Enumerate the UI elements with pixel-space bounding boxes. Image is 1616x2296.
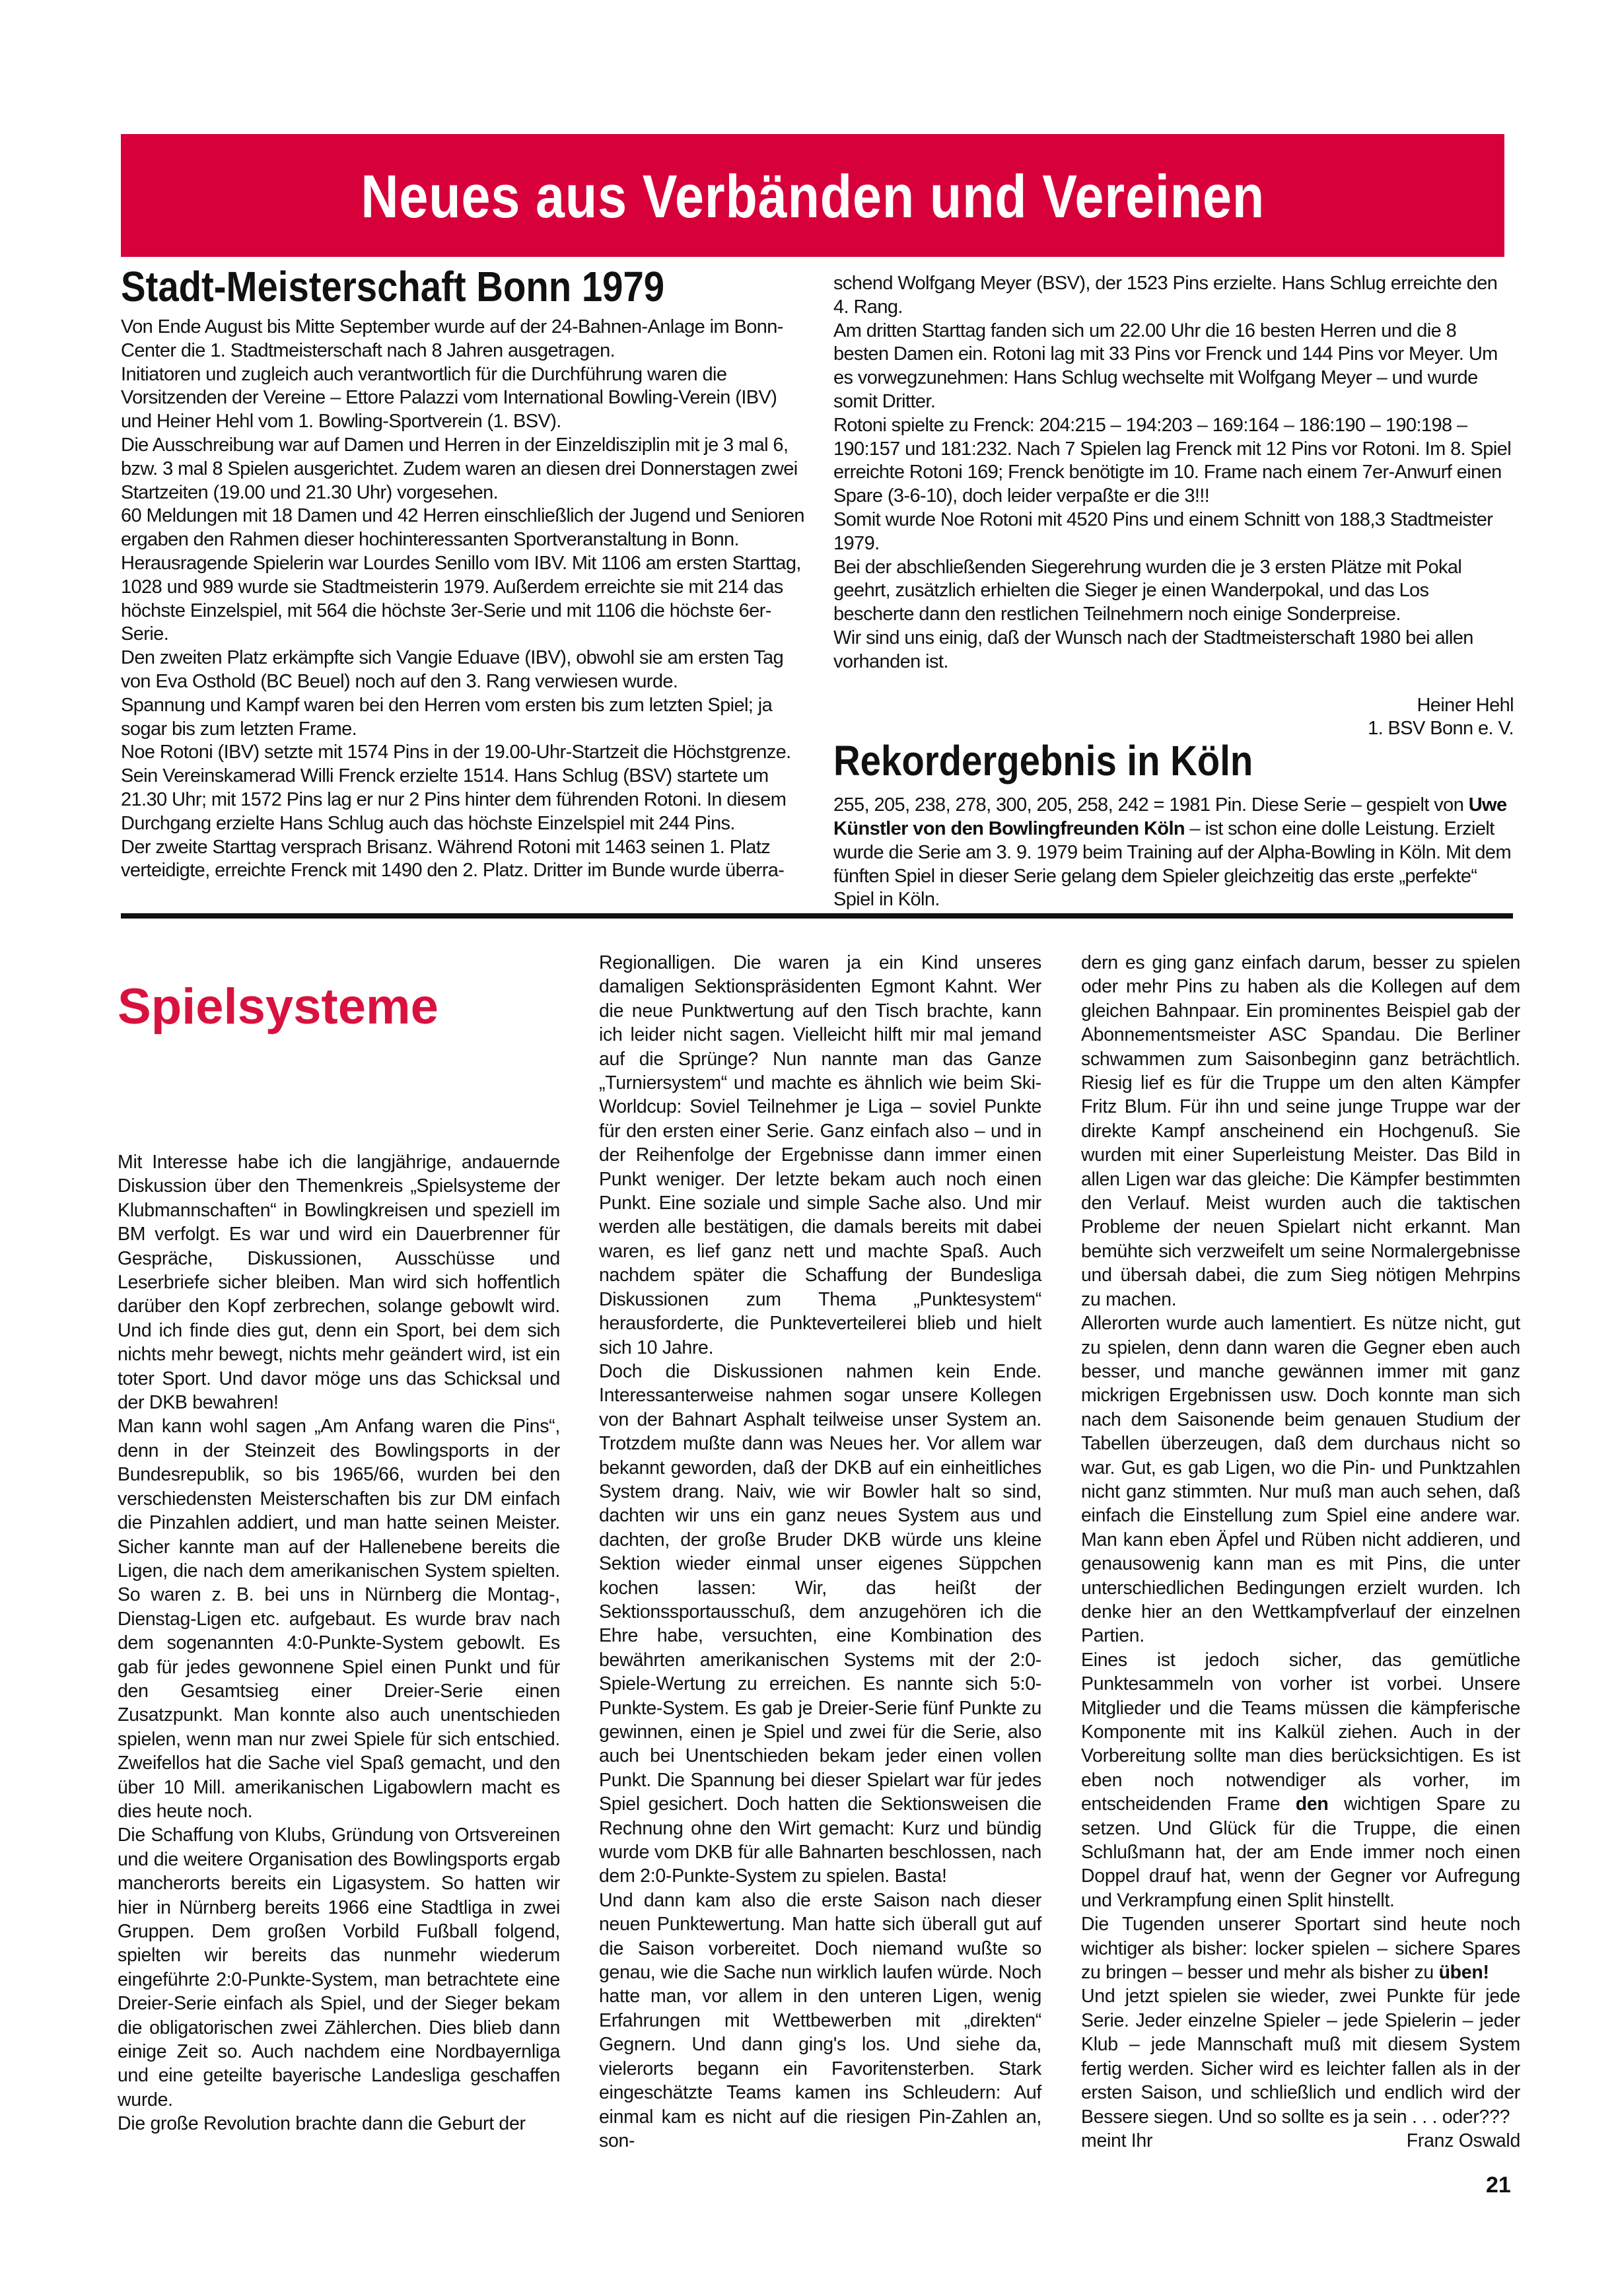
page-number: 21	[1486, 2173, 1511, 2198]
paragraph: Mit Interesse habe ich die langjährige, …	[118, 1150, 560, 1414]
paragraph: Am dritten Starttag fanden sich um 22.00…	[833, 320, 1514, 414]
text-run: Eines ist jedoch sicher, das gemütliche …	[1081, 1650, 1520, 1815]
article-spielsysteme-column-1: Mit Interesse habe ich die langjährige, …	[118, 1150, 560, 2136]
article-koeln-title: Rekordergebnis in Köln	[833, 737, 1432, 784]
paragraph: 60 Meldungen mit 18 Damen und 42 Herren …	[121, 504, 809, 552]
article-spielsysteme-header: Spielsysteme	[118, 977, 560, 1037]
paragraph: Allerorten wurde auch lamentiert. Es nüt…	[1081, 1311, 1520, 1648]
paragraph: Und dann kam also die erste Saison nach …	[599, 1889, 1041, 2153]
paragraph: Initiatoren und zugleich auch verantwort…	[121, 363, 809, 434]
paragraph: Von Ende August bis Mitte September wurd…	[121, 316, 809, 363]
paragraph: Den zweiten Platz erkämpfte sich Vangie …	[121, 646, 809, 694]
paragraph: dern es ging ganz einfach darum, besser …	[1081, 951, 1520, 1311]
section-banner: Neues aus Verbänden und Vereinen	[121, 134, 1504, 257]
article-bonn-left-column: Stadt-Meisterschaft Bonn 1979 Von Ende A…	[121, 263, 809, 883]
section-divider	[121, 913, 1513, 919]
paragraph: Eines ist jedoch sicher, das gemütliche …	[1081, 1648, 1520, 1912]
emphasis: den	[1296, 1793, 1329, 1815]
paragraph: Die Ausschreibung war auf Damen und Herr…	[121, 434, 809, 504]
paragraph: Herausragende Spielerin war Lourdes Seni…	[121, 552, 809, 646]
section-title: Neues aus Verbänden und Vereinen	[361, 160, 1265, 232]
paragraph: Somit wurde Noe Rotoni mit 4520 Pins und…	[833, 508, 1514, 556]
paragraph: Rotoni spielte zu Frenck: 204:215 – 194:…	[833, 414, 1514, 508]
article-koeln-body: 255, 205, 238, 278, 300, 205, 258, 242 =…	[833, 794, 1514, 912]
paragraph: Regionalligen. Die waren ja ein Kind uns…	[599, 951, 1041, 1360]
scores-intro: 255, 205, 238, 278, 300, 205, 258, 242 =…	[833, 794, 1463, 816]
article-spielsysteme-column-3: dern es ging ganz einfach darum, besser …	[1081, 951, 1520, 2153]
closing-text: meint Ihr	[1081, 2129, 1152, 2153]
author-name: Franz Oswald	[1407, 2129, 1520, 2153]
article-bonn-title: Stadt-Meisterschaft Bonn 1979	[121, 263, 726, 310]
article-bonn-body-left: Von Ende August bis Mitte September wurd…	[121, 316, 809, 883]
article-spielsysteme-column-2: Regionalligen. Die waren ja ein Kind uns…	[599, 951, 1041, 2153]
paragraph: Noe Rotoni (IBV) setzte mit 1574 Pins in…	[121, 741, 809, 835]
closing-line: meint Ihr Franz Oswald	[1081, 2129, 1520, 2153]
author-name: Heiner Hehl	[833, 694, 1514, 718]
paragraph: Wir sind uns einig, daß der Wunsch nach …	[833, 627, 1514, 674]
paragraph: schend Wolfgang Meyer (BSV), der 1523 Pi…	[833, 272, 1514, 320]
paragraph: Und jetzt spielen sie wieder, zwei Punkt…	[1081, 1984, 1520, 2128]
paragraph: Man kann wohl sagen „Am Anfang waren die…	[118, 1414, 560, 1823]
paragraph: Der zweite Starttag versprach Brisanz. W…	[121, 836, 809, 884]
article-spielsysteme-title: Spielsysteme	[118, 977, 560, 1037]
paragraph: Bei der abschließenden Siegerehrung wurd…	[833, 556, 1514, 627]
paragraph: 255, 205, 238, 278, 300, 205, 258, 242 =…	[833, 794, 1514, 912]
emphasis: üben!	[1439, 1962, 1489, 1983]
paragraph: Spannung und Kampf waren bei den Herren …	[121, 694, 809, 742]
article-bonn-body-right: schend Wolfgang Meyer (BSV), der 1523 Pi…	[833, 272, 1514, 741]
paragraph: Die große Revolution brachte dann die Ge…	[118, 2112, 560, 2136]
paragraph: Die Schaffung von Klubs, Gründung von Or…	[118, 1823, 560, 2112]
paragraph: Doch die Diskussionen nahmen kein Ende. …	[599, 1360, 1041, 1889]
article-bonn-right-column: schend Wolfgang Meyer (BSV), der 1523 Pi…	[833, 272, 1514, 912]
paragraph: Die Tugenden unserer Sportart sind heute…	[1081, 1912, 1520, 1984]
